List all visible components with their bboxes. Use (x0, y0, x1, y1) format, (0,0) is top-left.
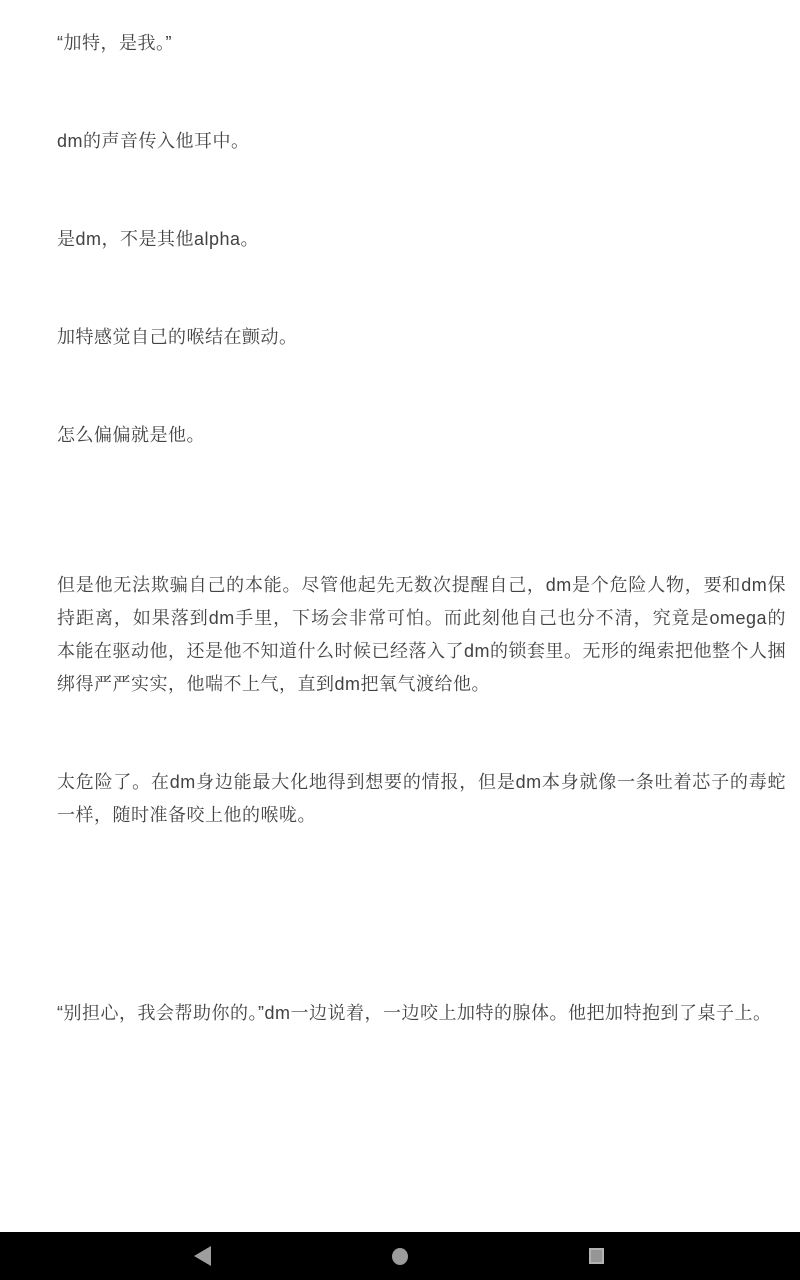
recents-button[interactable] (556, 1232, 636, 1280)
paragraph: dm的声音传入他耳中。 (57, 125, 786, 158)
android-nav-bar (0, 1232, 800, 1280)
home-icon (392, 1248, 408, 1265)
paragraph: 怎么偏偏就是他。 (57, 419, 786, 452)
device-screen: “加特，是我。” dm的声音传入他耳中。 是dm，不是其他alpha。 加特感觉… (0, 0, 800, 1280)
paragraph: 加特感觉自己的喉结在颤动。 (57, 321, 786, 354)
paragraph: 太危险了。在dm身边能最大化地得到想要的情报，但是dm本身就像一条吐着芯子的毒蛇… (57, 766, 786, 832)
paragraph: “加特，是我。” (57, 27, 786, 60)
home-button[interactable] (360, 1232, 440, 1280)
reader-content-area[interactable]: “加特，是我。” dm的声音传入他耳中。 是dm，不是其他alpha。 加特感觉… (0, 0, 800, 1280)
back-icon (194, 1246, 211, 1266)
recents-icon (589, 1248, 604, 1264)
paragraph: 是dm，不是其他alpha。 (57, 223, 786, 256)
paragraph: “别担心，我会帮助你的。”dm一边说着，一边咬上加特的腺体。他把加特抱到了桌子上… (57, 997, 786, 1030)
back-button[interactable] (162, 1232, 242, 1280)
paragraph: 但是他无法欺骗自己的本能。尽管他起先无数次提醒自己，dm是个危险人物，要和dm保… (57, 569, 786, 701)
